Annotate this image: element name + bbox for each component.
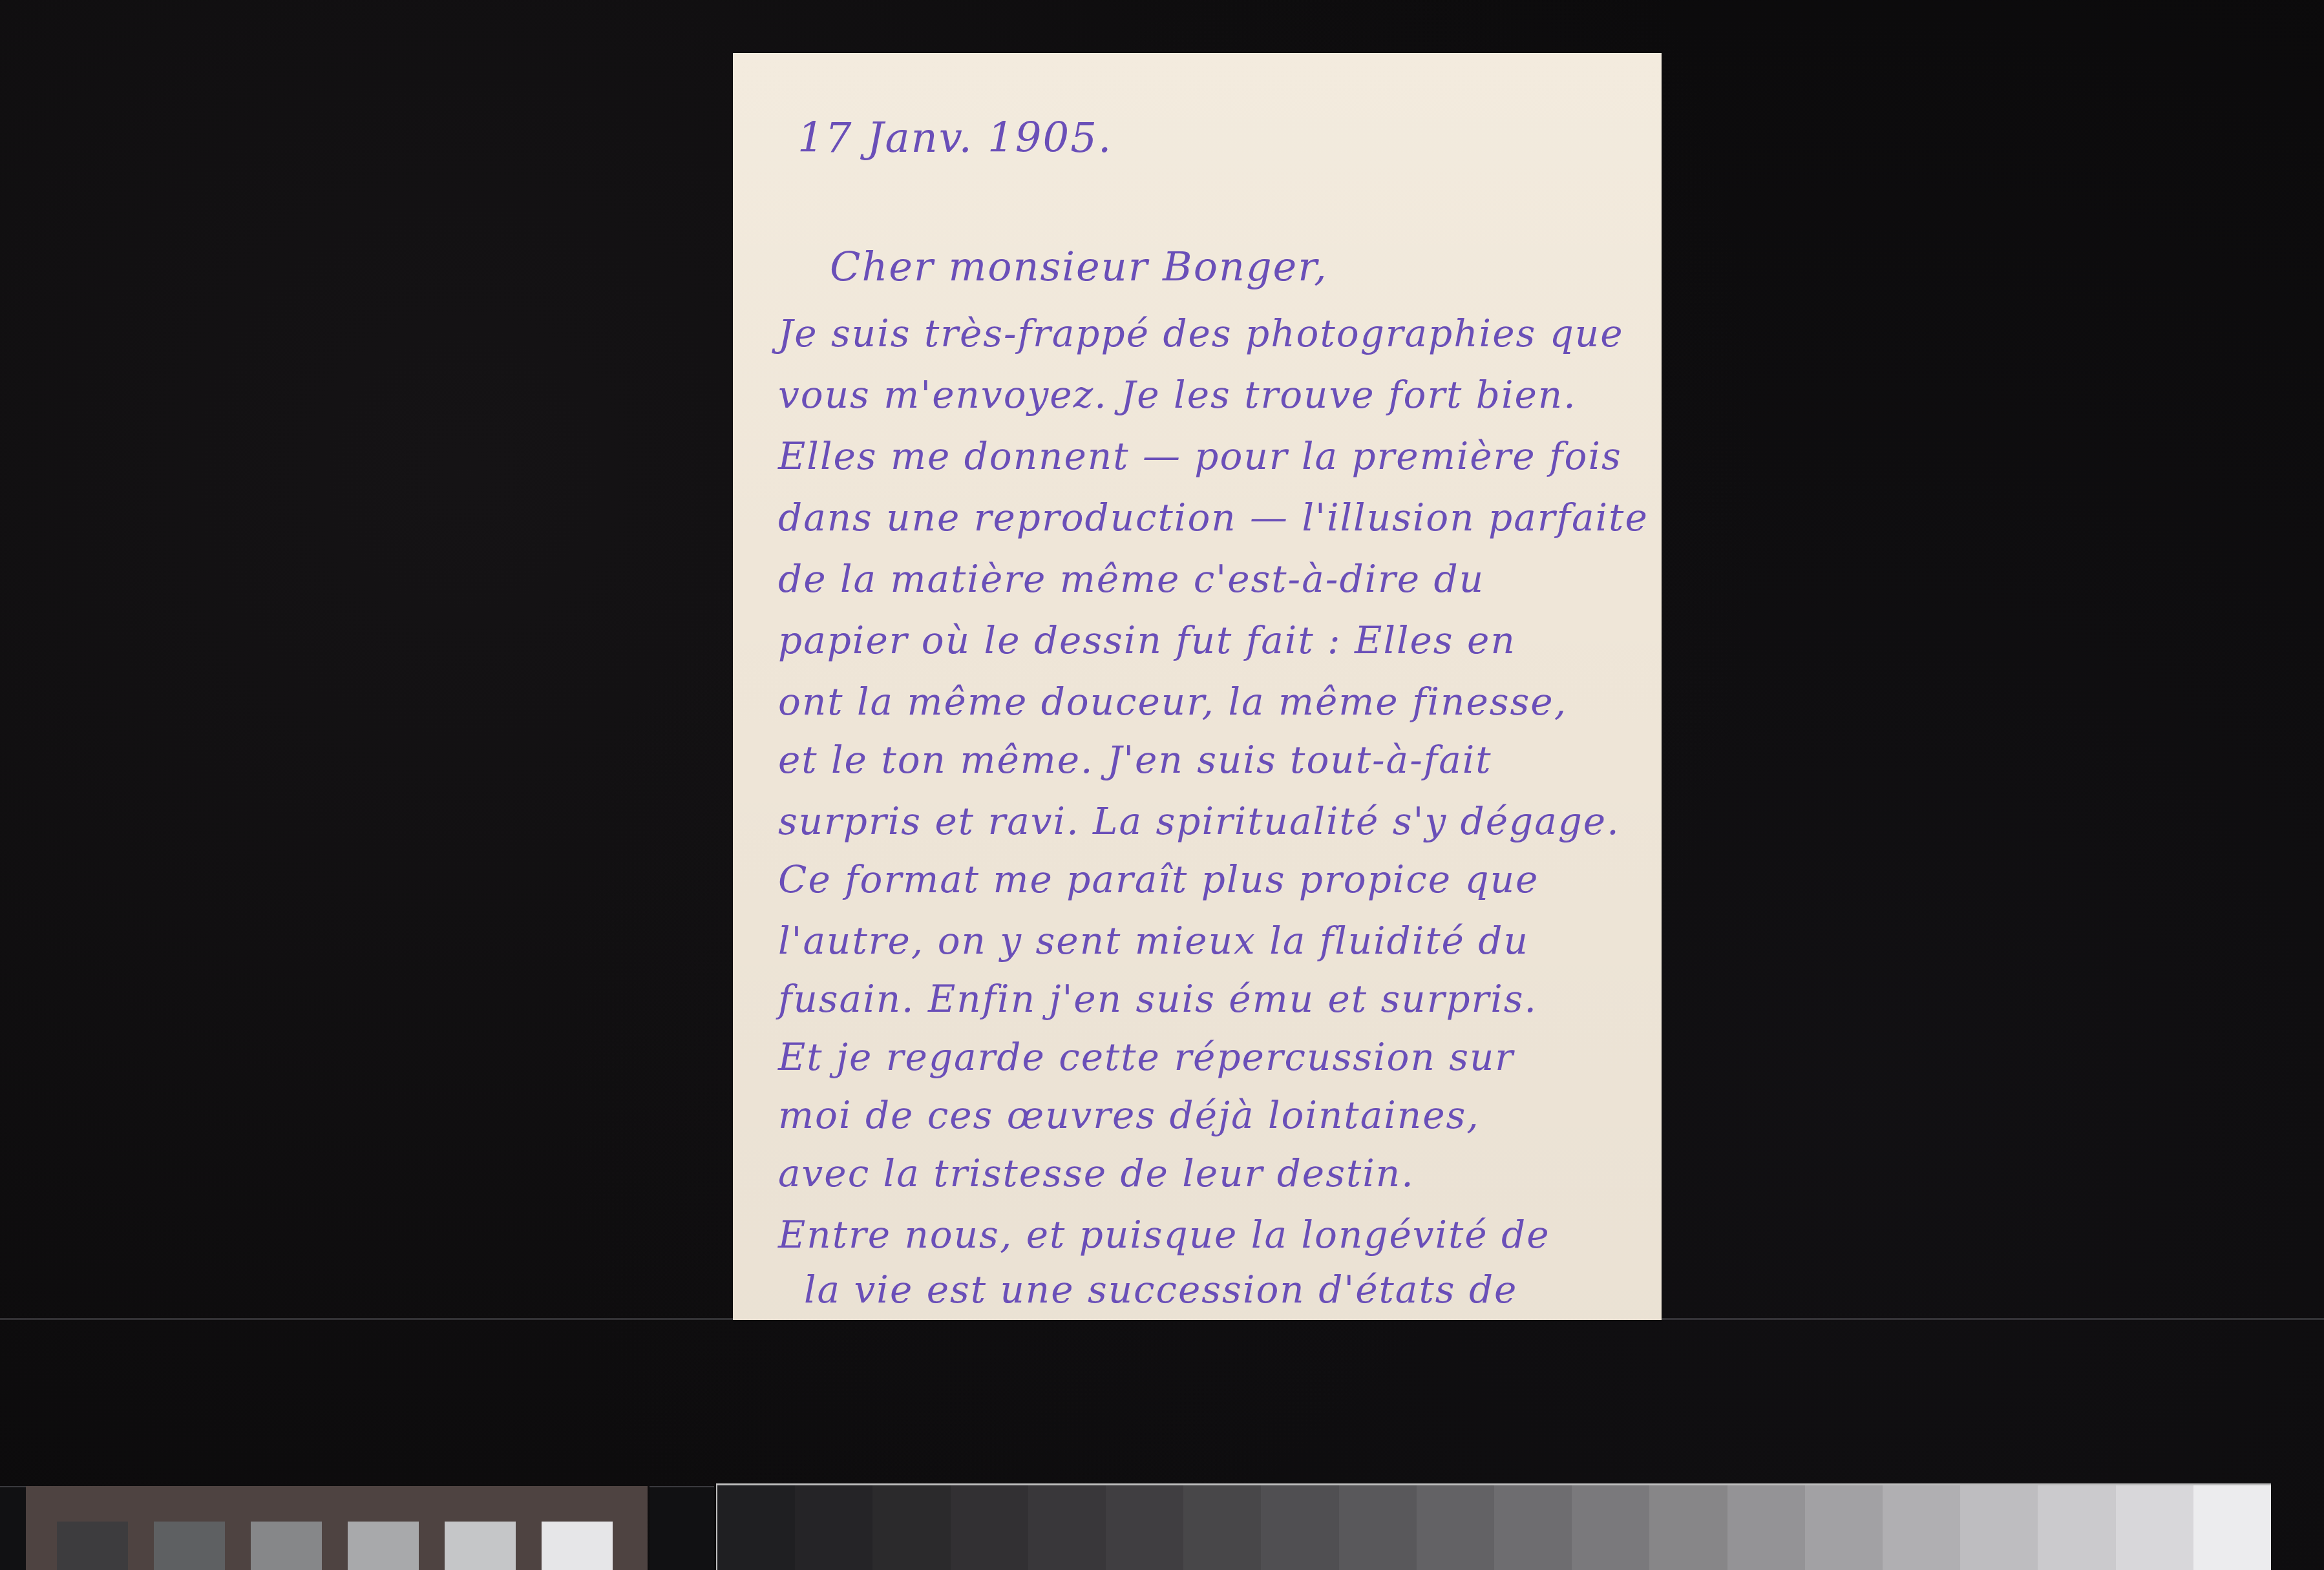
letter-line: dans une reproduction — l'illusion parfa… <box>778 499 1649 536</box>
letter-line: ont la même douceur, la même finesse, <box>778 683 1567 720</box>
gray-step <box>1572 1485 1649 1570</box>
letter-line: l'autre, on y sent mieux la fluidité du <box>778 922 1529 959</box>
gray-patch <box>57 1522 128 1570</box>
handwritten-text: 17 Janv. 1905. Cher monsieur Bonger, Je … <box>733 53 1662 1320</box>
gray-step <box>1261 1485 1338 1570</box>
gray-step <box>1106 1485 1183 1570</box>
gray-step <box>1960 1485 2038 1570</box>
calibration-card-edge <box>0 1486 26 1570</box>
letter-line: la vie est une succession d'états de <box>804 1271 1517 1308</box>
letter-line: Entre nous, et puisque la longévité de <box>778 1216 1550 1253</box>
gray-step <box>1183 1485 1261 1570</box>
gray-calibration-card <box>26 1486 648 1570</box>
letter-date: 17 Janv. 1905. <box>798 118 1112 159</box>
gray-step <box>1028 1485 1106 1570</box>
gray-patch <box>445 1522 516 1570</box>
gray-step <box>717 1485 795 1570</box>
letter-line: fusain. Enfin j'en suis ému et surpris. <box>778 980 1537 1018</box>
gray-patch <box>154 1522 225 1570</box>
gray-step <box>951 1485 1028 1570</box>
letter-line: vous m'envoyez. Je les trouve fort bien. <box>778 376 1577 413</box>
gray-step <box>872 1485 950 1570</box>
letter-line: de la matière même c'est-à-dire du <box>778 560 1484 598</box>
gray-step <box>1805 1485 1883 1570</box>
gray-step <box>1417 1485 1494 1570</box>
gray-step <box>1649 1485 1727 1570</box>
gray-step <box>1494 1485 1572 1570</box>
gray-step <box>2116 1485 2193 1570</box>
letter-sheet: 17 Janv. 1905. Cher monsieur Bonger, Je … <box>733 53 1662 1320</box>
letter-line: moi de ces œuvres déjà lointaines, <box>778 1096 1480 1134</box>
letter-line: et le ton même. J'en suis tout-à-fait <box>778 741 1492 779</box>
letter-line: Je suis très-frappé des photographies qu… <box>778 315 1623 352</box>
gray-step <box>2193 1485 2271 1570</box>
letter-line: Elles me donnent — pour la première fois <box>778 437 1622 475</box>
gray-patch <box>348 1522 419 1570</box>
gray-step <box>2038 1485 2115 1570</box>
letter-line: Ce format me paraît plus propice que <box>778 861 1539 898</box>
gray-patch <box>251 1522 322 1570</box>
letter-line: papier où le dessin fut fait : Elles en <box>778 622 1516 659</box>
gray-patch <box>542 1522 613 1570</box>
gray-step <box>1727 1485 1805 1570</box>
letter-line: surpris et ravi. La spiritualité s'y dég… <box>778 802 1620 840</box>
gray-step <box>1883 1485 1960 1570</box>
letter-line: Et je regarde cette répercussion sur <box>778 1038 1514 1076</box>
gray-step <box>1339 1485 1417 1570</box>
grayscale-step-wedge <box>716 1483 2271 1570</box>
gray-step <box>795 1485 872 1570</box>
letter-line: avec la tristesse de leur destin. <box>778 1155 1415 1192</box>
letter-salutation: Cher monsieur Bonger, <box>830 247 1328 287</box>
calibration-card-edge <box>650 1486 714 1570</box>
